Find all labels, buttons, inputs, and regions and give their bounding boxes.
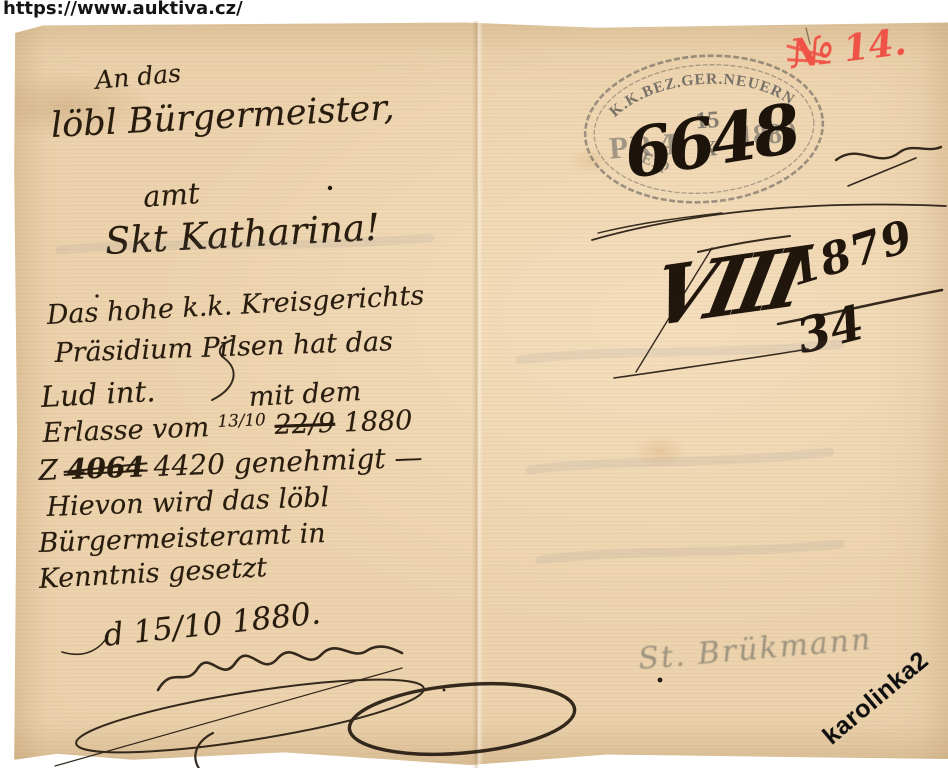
body-4-pre: Erlasse vom bbox=[42, 412, 210, 449]
url-watermark: https://www.auktiva.cz/ bbox=[3, 0, 243, 19]
url-bar: https://www.auktiva.cz/ bbox=[0, 0, 948, 21]
body-4-struck-date: 22/9 bbox=[274, 408, 336, 441]
vertical-fold-crease bbox=[472, 21, 483, 768]
body-4-inserted-date: 13/10 bbox=[217, 409, 266, 431]
body-4-year: 1880 bbox=[343, 405, 413, 438]
red-number-value: 14. bbox=[841, 17, 909, 71]
scanned-document-view: K.K.BEZ.GER.NEUERN PRÆ 15 X 1880 NExp № … bbox=[0, 0, 948, 768]
address-line-3: amt bbox=[142, 176, 201, 214]
body-5-struck-number: 4064 bbox=[66, 450, 145, 486]
body-line-3a: Lud int. bbox=[40, 374, 156, 414]
body-5-pre: Z bbox=[38, 453, 59, 487]
